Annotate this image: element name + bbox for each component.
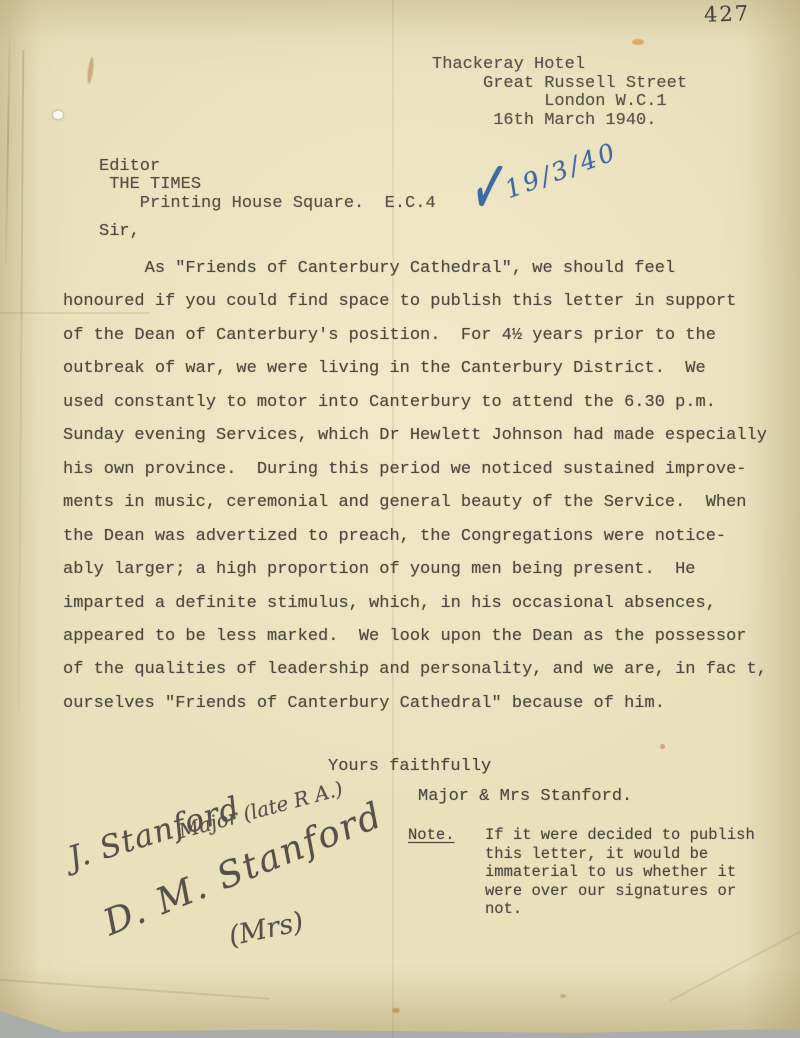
typed-signature: Major & Mrs Stanford. bbox=[418, 787, 632, 806]
valediction: Yours faithfully bbox=[328, 757, 491, 776]
recipient-address-block: Editor THE TIMES Printing House Square. … bbox=[99, 158, 436, 213]
letter-body: As "Friends of Canterbury Cathedral", we… bbox=[63, 252, 793, 720]
sender-address-block: Thackeray Hotel Great Russell Street Lon… bbox=[432, 56, 687, 130]
salutation: Sir, bbox=[99, 222, 140, 241]
note-text: If it were decided to publish this lette… bbox=[485, 826, 755, 919]
scanned-letter-page: 427 Thackeray Hotel Great Russell Street… bbox=[0, 0, 800, 1038]
handwritten-page-number: 427 bbox=[704, 1, 751, 27]
note-label: Note. bbox=[408, 826, 455, 844]
